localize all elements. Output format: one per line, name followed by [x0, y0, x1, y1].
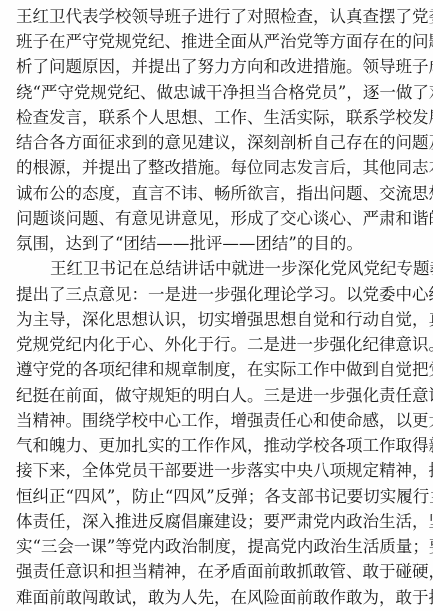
text-line: 王红卫书记在总结讲话中就进一步深化党风党纪专题教育 — [50, 258, 413, 280]
text-line: 纪挺在前面，做守规矩的明白人。三是进一步强化责任意识和担 — [16, 385, 413, 407]
text-line: 析了问题原因，并提出了努力方向和改进措施。领导班子成员围 — [16, 56, 413, 78]
text-line: 王红卫代表学校领导班子进行了对照检查，认真查摆了党委领导 — [16, 6, 413, 28]
text-line: 结合各方面征求到的意见建议，深刻剖析自己存在的问题及产生 — [16, 132, 413, 154]
text-line: 为主导，深化思想认识，切实增强思想自觉和行动自觉，真正使 — [16, 309, 413, 331]
text-line: 的根源，并提出了整改措施。每位同志发言后，其他同志本着开 — [16, 157, 413, 179]
text-line: 气和魄力、更加扎实的工作作风，推动学校各项工作取得新突破。 — [16, 435, 413, 457]
document-page: 王红卫代表学校领导班子进行了对照检查，认真查摆了党委领导 班子在严守党规党纪、推… — [0, 0, 433, 611]
text-line: 难面前敢闯敢试，敢为人先，在风险面前敢作敢为，敢于担责； — [16, 587, 413, 609]
text-line: 当精神。围绕学校中心工作，增强责任心和使命感，以更大的勇 — [16, 410, 413, 432]
text-line: 诚布公的态度，直言不讳、畅所欲言，指出问题、交流思想，有 — [16, 183, 413, 205]
text-line: 绕“严守党规党纪、做忠诚干净担当合格党员”，逐一做了对照 — [16, 82, 413, 104]
text-line: 恒纠正“四风”，防止“四风”反弹；各支部书记要切实履行主 — [16, 486, 413, 508]
text-line: 氛围，达到了“团结——批评——团结”的目的。 — [16, 233, 413, 255]
text-line: 强责任意识和担当精神，在矛盾面前敢抓敢管、敢于碰硬，在困 — [16, 561, 413, 583]
text-line: 问题谈问题、有意见讲意见，形成了交心谈心、严肃和谐的良好 — [16, 208, 413, 230]
text-line: 实“三会一课”等党内政治制度，提高党内政治生活质量；要增 — [16, 536, 413, 558]
text-line: 党规党纪内化于心、外化于行。二是进一步强化纪律意识。严格 — [16, 334, 413, 356]
text-line: 提出了三点意见：一是进一步强化理论学习。以党委中心组学习 — [16, 284, 413, 306]
text-line: 体责任，深入推进反腐倡廉建设；要严肃党内政治生活，坚决落 — [16, 511, 413, 533]
text-line: 检查发言，联系个人思想、工作、生活实际，联系学校发展实际， — [16, 107, 413, 129]
text-line: 接下来，全体党员干部要进一步落实中央八项规定精神，持之以 — [16, 460, 413, 482]
text-line: 遵守党的各项纪律和规章制度，在实际工作中做到自觉把党规党 — [16, 359, 413, 381]
text-line: 班子在严守党规党纪、推进全面从严治党等方面存在的问题、剖 — [16, 31, 413, 53]
